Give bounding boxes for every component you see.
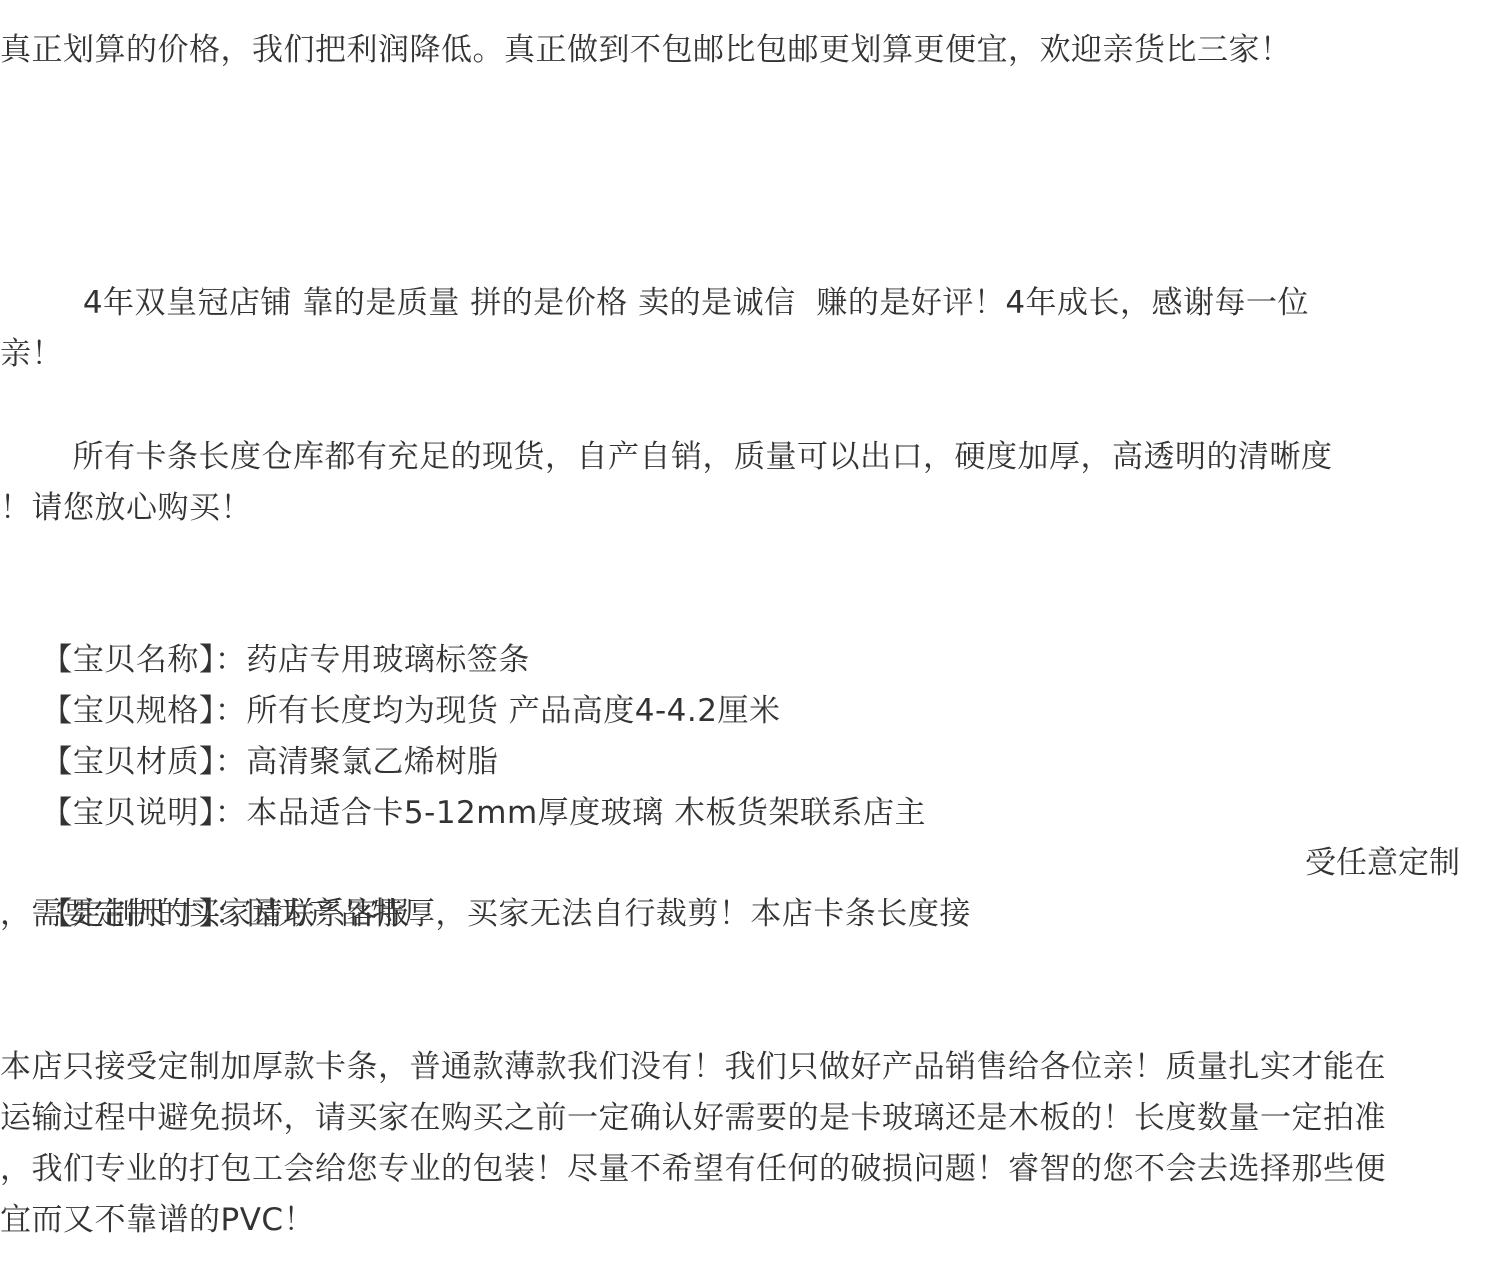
closing-paragraph-line-2: 运输过程中避免损坏，请买家在购买之前一定确认好需要的是卡玻璃还是木板的！长度数量… — [0, 1093, 1386, 1144]
spec-value: 本品适合卡5-12mm厚度玻璃 木板货架联系店主 — [246, 795, 926, 831]
intro-line: 真正划算的价格，我们把利润降低。真正做到不包邮比包邮更划算更便宜，欢迎亲货比三家… — [0, 25, 1292, 76]
shop-paragraph-line-1: 4年双皇冠店铺 靠的是质量 拼的是价格 卖的是诚信 赚的是好评！4年成长，感谢每… — [0, 278, 1309, 329]
spec-label: 【宝贝说明】 — [41, 795, 215, 831]
spec-row-name: 【宝贝名称】：药店专用玻璃标签条 — [0, 584, 530, 635]
closing-paragraph-line-4: 宜而又不靠谱的PVC！ — [0, 1195, 315, 1246]
spec-row-size: 【宝贝规格】：所有长度均为现货 产品高度4-4.2厘米 — [0, 635, 780, 686]
custom-size-row: 【定制尺寸】：因为产品特厚，买家无法自行裁剪！本店卡条长度接 — [0, 838, 971, 889]
spec-separator: ： — [215, 795, 247, 831]
closing-paragraph-line-3: ，我们专业的打包工会给您专业的包装！尽量不希望有任何的破损问题！睿智的您不会去选… — [0, 1144, 1386, 1195]
custom-size-value-right: 受任意定制 — [1305, 838, 1460, 889]
stock-paragraph-line-1: 所有卡条长度仓库都有充足的现货，自产自销，质量可以出口，硬度加厚，高透明的清晰度 — [0, 432, 1332, 483]
stock-paragraph-line-2: ！请您放心购买！ — [0, 483, 252, 534]
custom-size-line-2: ，需要定制的买家请联系客服 — [0, 889, 410, 940]
closing-paragraph-line-1: 本店只接受定制加厚款卡条，普通款薄款我们没有！我们只做好产品销售给各位亲！质量扎… — [0, 1042, 1386, 1093]
spec-row-description: 【宝贝说明】：本品适合卡5-12mm厚度玻璃 木板货架联系店主 — [0, 737, 926, 788]
shop-paragraph-line-2: 亲！ — [0, 329, 63, 380]
spec-row-material: 【宝贝材质】：高清聚氯乙烯树脂 — [0, 686, 498, 737]
